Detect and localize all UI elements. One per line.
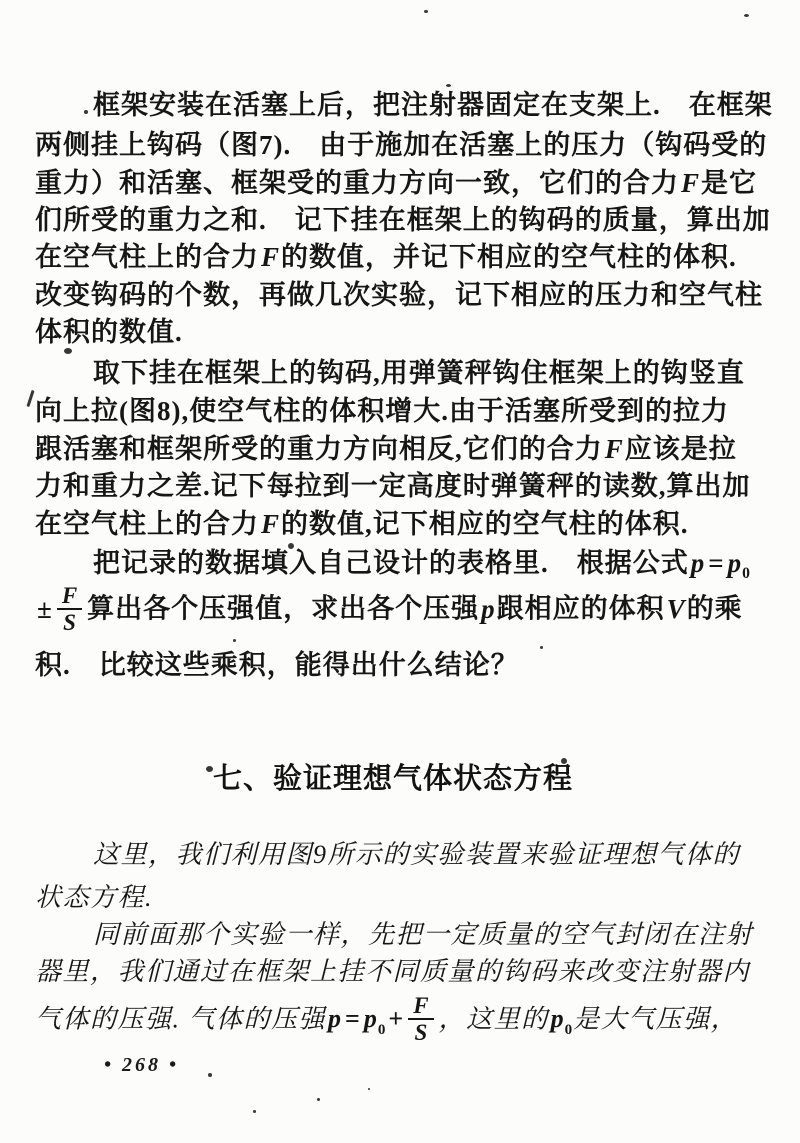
- text-segment: 在空气柱上的合力: [35, 509, 259, 539]
- ink-mark: [424, 10, 428, 13]
- text-line: 这里，我们利用图9所示的实验装置来验证理想气体的: [93, 838, 740, 872]
- text-line: 框架安装在活塞上后，把注射器固定在支架上. 在框架: [93, 88, 773, 122]
- text-line: 同前面那个实验一样，先把一定质量的空气封闭在注射: [93, 918, 753, 952]
- ink-mark: [561, 758, 567, 764]
- text-segment: 跟相应的: [497, 594, 609, 624]
- text-line: 力和重力之差.记下每拉到一定高度时弹簧秤的读数,算出加: [35, 469, 751, 503]
- text-segment: 积. 比较这些乘积，能得出什么结论？: [35, 650, 519, 680]
- ink-mark: [206, 766, 213, 772]
- text-line: 体积的数值.: [35, 315, 183, 349]
- formula-symbol: =: [343, 1004, 362, 1033]
- text-line: 状态方程.: [35, 881, 153, 915]
- text-segment: 的乘: [687, 594, 743, 624]
- text-segment: 取下挂在框架上的钩码,用弹簧秤钩住框架上的钩竖直: [93, 358, 745, 388]
- text-segment: 器里，我们通过在框架上挂不同质量的钩码来改变注射器内: [35, 957, 750, 986]
- text-line: 重力）和活塞、框架受的重力方向一致，它们的合力F是它: [35, 166, 757, 200]
- ink-mark: [744, 14, 749, 17]
- formula-symbol: +: [386, 1004, 405, 1033]
- formula-symbol: F: [679, 168, 701, 198]
- text-line: 取下挂在框架上的钩码,用弹簧秤钩住框架上的钩竖直: [93, 356, 745, 390]
- fraction-numerator: F: [57, 584, 82, 610]
- formula-symbol: =: [706, 548, 725, 578]
- text-segment: 算出各个压强值，求出各个压强: [87, 594, 479, 624]
- fraction-numerator: F: [408, 994, 433, 1020]
- formula-symbol: p: [362, 1004, 379, 1033]
- ink-mark: [208, 1073, 212, 1077]
- ink-mark: [233, 639, 236, 642]
- section-heading: 七、验证理想气体状态方程: [213, 756, 573, 797]
- formula-symbol: p: [726, 548, 744, 578]
- text-segment: 的数值,记下相应的空气柱的体积.: [281, 509, 689, 539]
- text-segment: 在空气柱上的合力: [35, 242, 259, 272]
- formula-symbol: p: [479, 594, 497, 624]
- formula-symbol: V: [665, 594, 687, 624]
- text-segment: 跟活塞和框架所受的重力方向相反,它们的合力: [35, 434, 603, 464]
- ink-mark: [317, 1098, 320, 1101]
- ink-mark: [288, 543, 294, 549]
- text-line: 气体的压强. 气体的压强p=p0+FS，这里的p0是大气压强，: [35, 994, 738, 1049]
- text-segment: 重力）和活塞、框架受的重力方向一致，它们的合力: [35, 168, 679, 198]
- formula-symbol: 0: [742, 565, 750, 582]
- formula-symbol: p: [549, 1004, 566, 1033]
- text-line: 在空气柱上的合力F的数值，并记下相应的空气柱的体积.: [35, 240, 737, 274]
- formula-symbol: ±: [35, 594, 54, 624]
- text-line: 在空气柱上的合力F的数值,记下相应的空气柱的体积.: [35, 507, 689, 541]
- page-number: • 268 •: [104, 1054, 179, 1077]
- ink-mark: [540, 646, 543, 649]
- text-segment: 改变钩码的个数，再做几次实验，记下相应的压力和空气柱: [35, 280, 763, 310]
- ink-mark: [446, 84, 451, 87]
- formula-symbol: F: [603, 434, 625, 464]
- text-segment: 的数值，并记下相应的空气柱的体积.: [281, 242, 737, 272]
- page-text: 框架安装在活塞上后，把注射器固定在支架上. 在框架两侧挂上钩码（图7). 由于施…: [0, 0, 800, 1143]
- formula-symbol: 0: [378, 1022, 386, 1038]
- fraction: FS: [408, 994, 433, 1045]
- text-segment: 是大气压强，: [573, 1004, 738, 1033]
- text-segment: 同前面那个实验一样，先把一定质量的空气封闭在注射: [93, 920, 753, 949]
- text-line: ±FS算出各个压强值，求出各个压强p跟相应的体积V的乘: [35, 584, 743, 639]
- text-segment: 把记录的数据填入自己设计的表格里. 根据公式: [93, 548, 689, 578]
- fraction-denominator: S: [63, 610, 76, 634]
- text-line: 跟活塞和框架所受的重力方向相反,它们的合力F应该是拉: [35, 432, 737, 466]
- text-segment: 两侧挂上钩码（图7). 由于施加在活塞上的压力（钩码受的: [35, 130, 767, 160]
- formula-symbol: p: [326, 1004, 343, 1033]
- ink-mark: [253, 1110, 256, 1113]
- formula-symbol: F: [259, 509, 281, 539]
- text-segment: 是它: [701, 168, 757, 198]
- formula-symbol: p: [689, 548, 707, 578]
- text-line: 积. 比较这些乘积，能得出什么结论？: [35, 648, 519, 682]
- text-segment: 体积: [609, 594, 665, 624]
- fraction-denominator: S: [414, 1020, 427, 1044]
- text-line: 改变钩码的个数，再做几次实验，记下相应的压力和空气柱: [35, 278, 763, 312]
- fraction: FS: [57, 584, 82, 635]
- text-segment: 向上拉(图8),使空气柱的体积增大.由于活塞所受到的拉力: [35, 396, 729, 426]
- ink-mark: [64, 348, 72, 354]
- text-segment: 应该是拉: [625, 434, 737, 464]
- text-segment: 力和重力之差.记下每拉到一定高度时弹簧秤的读数,算出加: [35, 471, 751, 501]
- text-segment: 体积的数值.: [35, 317, 183, 347]
- formula-symbol: 0: [565, 1022, 573, 1038]
- scanned-page: 框架安装在活塞上后，把注射器固定在支架上. 在框架两侧挂上钩码（图7). 由于施…: [0, 0, 800, 1143]
- text-segment: 框架安装在活塞上后，把注射器固定在支架上. 在框架: [93, 90, 773, 120]
- text-line: 两侧挂上钩码（图7). 由于施加在活塞上的压力（钩码受的: [35, 128, 767, 162]
- text-segment: 这里，我们利用图9所示的实验装置来验证理想气体的: [93, 840, 740, 869]
- ink-mark: [84, 110, 88, 114]
- text-segment: ，这里的: [439, 1004, 549, 1033]
- formula-symbol: F: [259, 242, 281, 272]
- text-segment: 们所受的重力之和. 记下挂在框架上的钩码的质量，算出加: [35, 205, 771, 235]
- text-line: 器里，我们通过在框架上挂不同质量的钩码来改变注射器内: [35, 955, 750, 989]
- text-line: 向上拉(图8),使空气柱的体积增大.由于活塞所受到的拉力: [35, 394, 729, 428]
- text-segment: 气体的压强. 气体的压强: [35, 1004, 326, 1033]
- text-segment: 状态方程.: [35, 883, 153, 912]
- text-line: 们所受的重力之和. 记下挂在框架上的钩码的质量，算出加: [35, 203, 771, 237]
- ink-mark: [368, 1088, 370, 1090]
